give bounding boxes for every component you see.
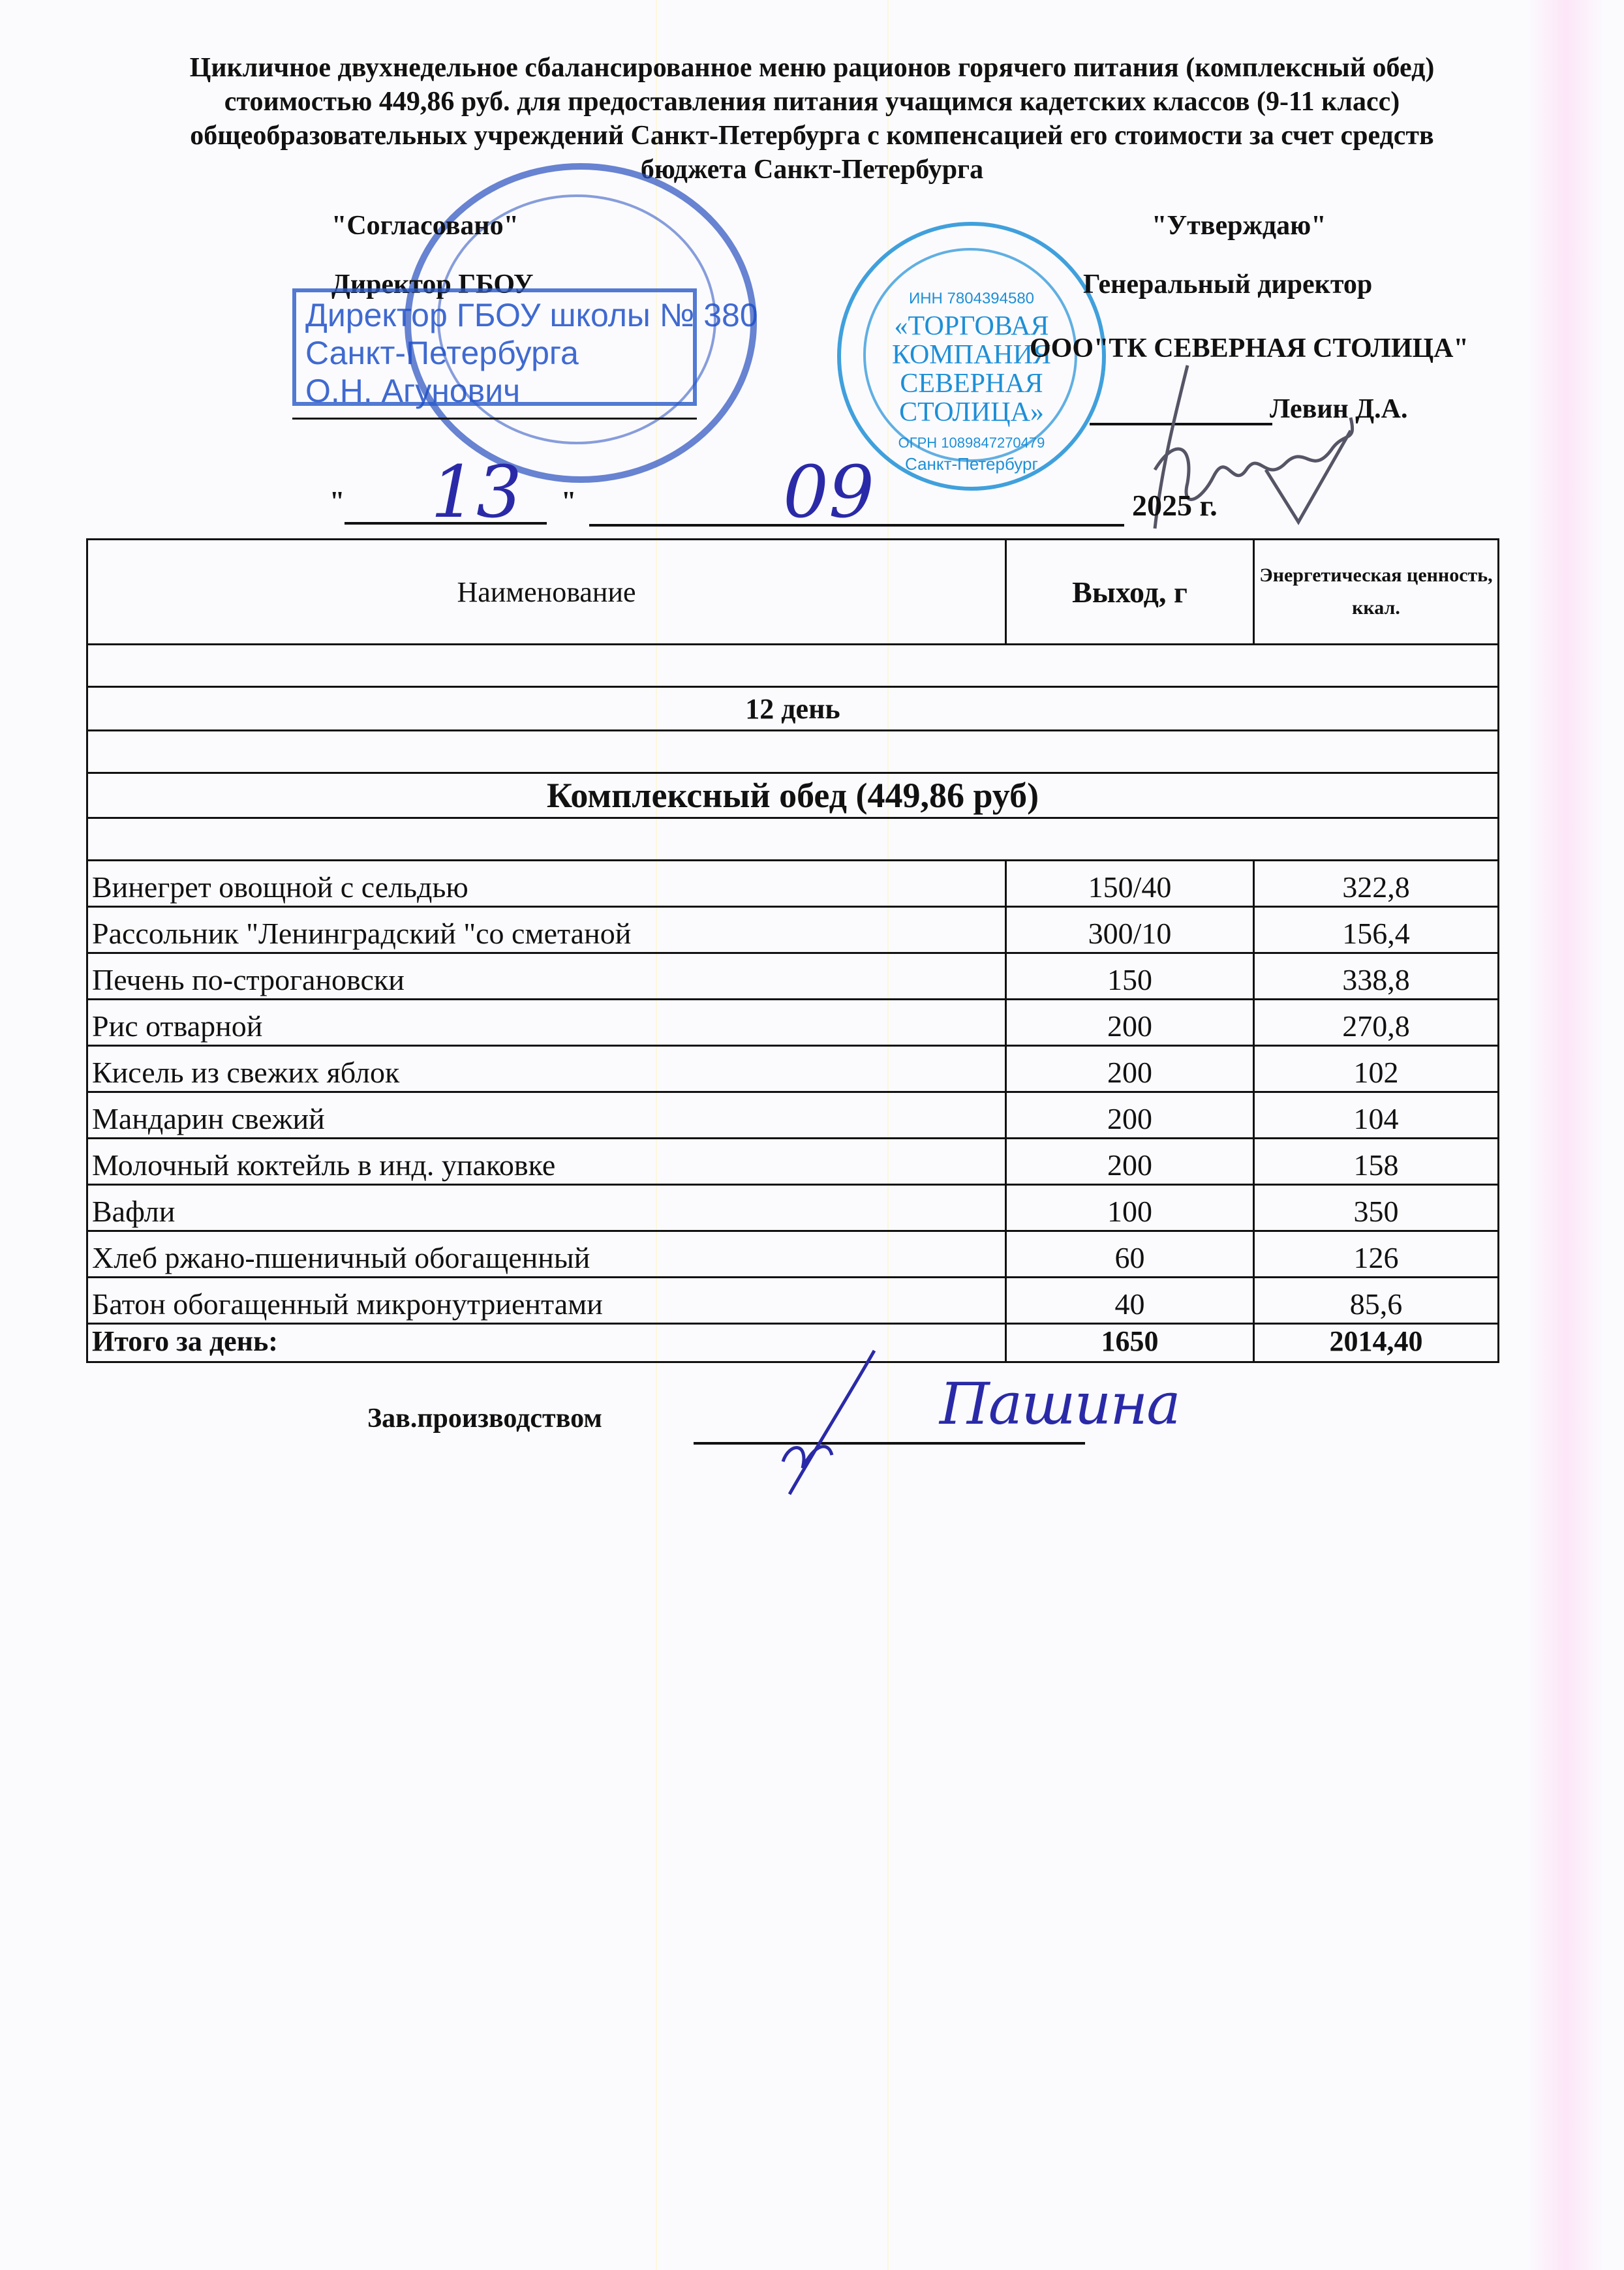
stamp-center-line: СЕВЕРНАЯ bbox=[841, 369, 1102, 398]
date-day: 13 bbox=[431, 450, 522, 534]
table-row: Батон обогащенный микронутриентами4085,6 bbox=[87, 1278, 1499, 1324]
table-row: Хлеб ржано-пшеничный обогащенный60126 bbox=[87, 1231, 1499, 1278]
date-month: 09 bbox=[783, 450, 874, 534]
header-energy: Энергетическая ценность, ккал. bbox=[1254, 540, 1499, 645]
spacer-row bbox=[87, 818, 1499, 861]
scan-artifact-stripe bbox=[1527, 0, 1605, 2270]
item-energy: 104 bbox=[1254, 1092, 1499, 1139]
approve-position: Генеральный директор bbox=[1083, 269, 1372, 300]
date-open-quote: " bbox=[329, 486, 345, 517]
stamp-line: Директор ГБОУ школы № 380 bbox=[305, 296, 684, 334]
title-line: общеобразовательных учреждений Санкт-Пет… bbox=[0, 119, 1624, 153]
item-output: 40 bbox=[1006, 1278, 1254, 1324]
item-name: Вафли bbox=[87, 1185, 1006, 1231]
item-name: Мандарин свежий bbox=[87, 1092, 1006, 1139]
item-output: 200 bbox=[1006, 1000, 1254, 1046]
item-output: 60 bbox=[1006, 1231, 1254, 1278]
menu-table: Наименование Выход, г Энергетическая цен… bbox=[86, 538, 1499, 1363]
item-output: 150/40 bbox=[1006, 861, 1254, 907]
item-name: Рассольник "Ленинградский "со сметаной bbox=[87, 907, 1006, 953]
agreed-heading: "Согласовано" bbox=[331, 210, 519, 241]
table-row: Кисель из свежих яблок200102 bbox=[87, 1046, 1499, 1092]
production-manager-signature: Пашина bbox=[940, 1370, 1180, 1437]
item-energy: 270,8 bbox=[1254, 1000, 1499, 1046]
day-label: 12 день bbox=[87, 687, 1499, 731]
header-name: Наименование bbox=[87, 540, 1006, 645]
stamp-inn: ИНН 7804394580 bbox=[841, 290, 1102, 308]
table-row: Молочный коктейль в инд. упаковке200158 bbox=[87, 1139, 1499, 1185]
meal-row: Комплексный обед (449,86 руб) bbox=[87, 773, 1499, 818]
item-name: Хлеб ржано-пшеничный обогащенный bbox=[87, 1231, 1006, 1278]
item-output: 200 bbox=[1006, 1139, 1254, 1185]
stamp-ogrn: ОГРН 1089847270479 bbox=[841, 435, 1102, 452]
title-line: бюджета Санкт-Петербурга bbox=[0, 153, 1624, 187]
item-energy: 350 bbox=[1254, 1185, 1499, 1231]
table-row: Печень по-строгановски150338,8 bbox=[87, 953, 1499, 1000]
item-energy: 338,8 bbox=[1254, 953, 1499, 1000]
stamp-city: Санкт-Петербург bbox=[841, 454, 1102, 474]
item-name: Молочный коктейль в инд. упаковке bbox=[87, 1139, 1006, 1185]
item-output: 300/10 bbox=[1006, 907, 1254, 953]
item-energy: 158 bbox=[1254, 1139, 1499, 1185]
table-header-row: Наименование Выход, г Энергетическая цен… bbox=[87, 540, 1499, 645]
item-name: Печень по-строгановски bbox=[87, 953, 1006, 1000]
item-name: Винегрет овощной с сельдью bbox=[87, 861, 1006, 907]
spacer-row bbox=[87, 645, 1499, 687]
spacer-row bbox=[87, 731, 1499, 773]
director-rect-stamp: Директор ГБОУ школы № 380 Санкт-Петербур… bbox=[292, 288, 697, 406]
date-close-quote: " bbox=[561, 486, 576, 517]
table-row: Мандарин свежий200104 bbox=[87, 1092, 1499, 1139]
signature-line bbox=[292, 418, 697, 420]
production-manager-label: Зав.производством bbox=[367, 1403, 602, 1434]
day-row: 12 день bbox=[87, 687, 1499, 731]
item-output: 150 bbox=[1006, 953, 1254, 1000]
document-title: Цикличное двухнедельное сбалансированное… bbox=[0, 51, 1624, 187]
header-output: Выход, г bbox=[1006, 540, 1254, 645]
item-energy: 102 bbox=[1254, 1046, 1499, 1092]
table-row: Рис отварной200270,8 bbox=[87, 1000, 1499, 1046]
date-year: 2025 г. bbox=[1132, 488, 1218, 523]
title-line: Цикличное двухнедельное сбалансированное… bbox=[0, 51, 1624, 85]
item-output: 200 bbox=[1006, 1092, 1254, 1139]
item-output: 100 bbox=[1006, 1185, 1254, 1231]
stamp-line: О.Н. Агунович bbox=[305, 372, 684, 410]
table-row: Рассольник "Ленинградский "со сметаной30… bbox=[87, 907, 1499, 953]
table-row: Вафли100350 bbox=[87, 1185, 1499, 1231]
item-output: 200 bbox=[1006, 1046, 1254, 1092]
item-name: Рис отварной bbox=[87, 1000, 1006, 1046]
approve-heading: "Утверждаю" bbox=[1152, 210, 1326, 241]
item-energy: 322,8 bbox=[1254, 861, 1499, 907]
item-name: Батон обогащенный микронутриентами bbox=[87, 1278, 1006, 1324]
stamp-center-line: СТОЛИЦА» bbox=[841, 398, 1102, 427]
item-energy: 126 bbox=[1254, 1231, 1499, 1278]
item-energy: 156,4 bbox=[1254, 907, 1499, 953]
meal-label: Комплексный обед (449,86 руб) bbox=[87, 773, 1499, 818]
item-name: Кисель из свежих яблок bbox=[87, 1046, 1006, 1092]
stamp-line: Санкт-Петербурга bbox=[305, 334, 684, 372]
title-line: стоимостью 449,86 руб. для предоставлени… bbox=[0, 85, 1624, 119]
item-energy: 85,6 bbox=[1254, 1278, 1499, 1324]
table-row: Винегрет овощной с сельдью150/40322,8 bbox=[87, 861, 1499, 907]
